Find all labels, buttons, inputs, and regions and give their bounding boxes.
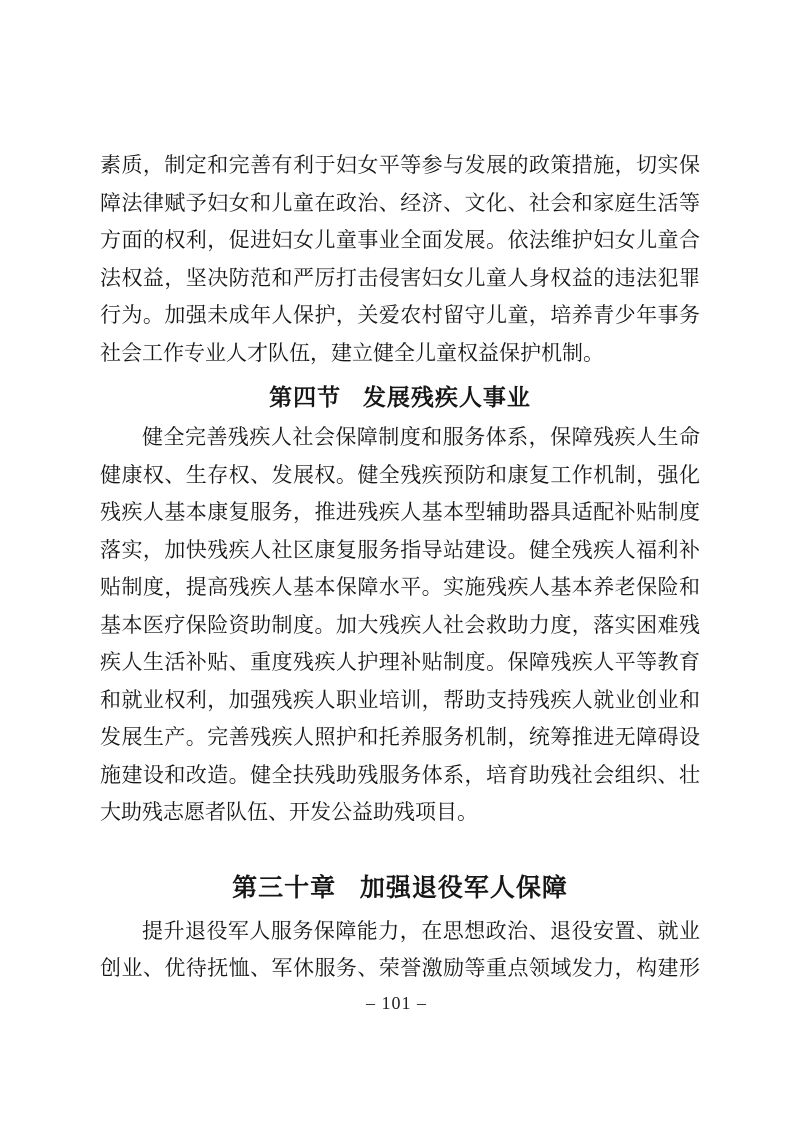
page-content: 素质，制定和完善有利于妇女平等参与发展的政策措施，切实保 障法律赋予妇女和儿童在… — [100, 0, 700, 988]
text-line: 大助残志愿者队伍、开发公益助残项目。 — [100, 794, 700, 832]
chapter-heading-prefix: 第三十章 — [232, 874, 336, 902]
section-heading-prefix: 第四节 — [269, 385, 341, 410]
text-line: 健全完善残疾人社会保障制度和服务体系，保障残疾人生命 — [100, 419, 700, 457]
text-line: 残疾人基本康复服务，推进残疾人基本型辅助器具适配补贴制度 — [100, 494, 700, 532]
section-heading-title: 发展残疾人事业 — [363, 385, 531, 410]
text-line: 素质，制定和完善有利于妇女平等参与发展的政策措施，切实保 — [100, 147, 700, 185]
page-number: – 101 – — [0, 990, 793, 1016]
text-line: 法权益，坚决防范和严厉打击侵害妇女儿童人身权益的违法犯罪 — [100, 260, 700, 298]
paragraph: 素质，制定和完善有利于妇女平等参与发展的政策措施，切实保 障法律赋予妇女和儿童在… — [100, 147, 700, 372]
text-line: 提升退役军人服务保障能力，在思想政治、退役安置、就业 — [100, 913, 700, 951]
text-line: 和就业权利，加强残疾人职业培训，帮助支持残疾人就业创业和 — [100, 682, 700, 720]
text-line: 行为。加强未成年人保护，关爱农村留守儿童，培养青少年事务 — [100, 297, 700, 335]
chapter-heading: 第三十章加强退役军人保障 — [100, 866, 700, 910]
text-line: 落实，加快残疾人社区康复服务指导站建设。健全残疾人福利补 — [100, 532, 700, 570]
text-line: 障法律赋予妇女和儿童在政治、经济、文化、社会和家庭生活等 — [100, 185, 700, 223]
text-line: 创业、优待抚恤、军休服务、荣誉激励等重点领域发力，构建形 — [100, 950, 700, 988]
text-line: 健康权、生存权、发展权。健全残疾预防和康复工作机制，强化 — [100, 457, 700, 495]
section-heading: 第四节发展残疾人事业 — [100, 377, 700, 419]
text-line: 社会工作专业人才队伍，建立健全儿童权益保护机制。 — [100, 335, 700, 373]
paragraph: 提升退役军人服务保障能力，在思想政治、退役安置、就业 创业、优待抚恤、军休服务、… — [100, 913, 700, 988]
document-page: 素质，制定和完善有利于妇女平等参与发展的政策措施，切实保 障法律赋予妇女和儿童在… — [0, 0, 793, 1122]
text-line: 方面的权利，促进妇女儿童事业全面发展。依法维护妇女儿童合 — [100, 222, 700, 260]
text-line: 施建设和改造。健全扶残助残服务体系，培育助残社会组织、壮 — [100, 757, 700, 795]
text-line: 贴制度，提高残疾人基本保障水平。实施残疾人基本养老保险和 — [100, 569, 700, 607]
paragraph: 健全完善残疾人社会保障制度和服务体系，保障残疾人生命 健康权、生存权、发展权。健… — [100, 419, 700, 832]
text-line: 发展生产。完善残疾人照护和托养服务机制，统筹推进无障碍设 — [100, 719, 700, 757]
chapter-heading-title: 加强退役军人保障 — [360, 874, 568, 902]
text-line: 疾人生活补贴、重度残疾人护理补贴制度。保障残疾人平等教育 — [100, 644, 700, 682]
text-line: 基本医疗保险资助制度。加大残疾人社会救助力度，落实困难残 — [100, 607, 700, 645]
